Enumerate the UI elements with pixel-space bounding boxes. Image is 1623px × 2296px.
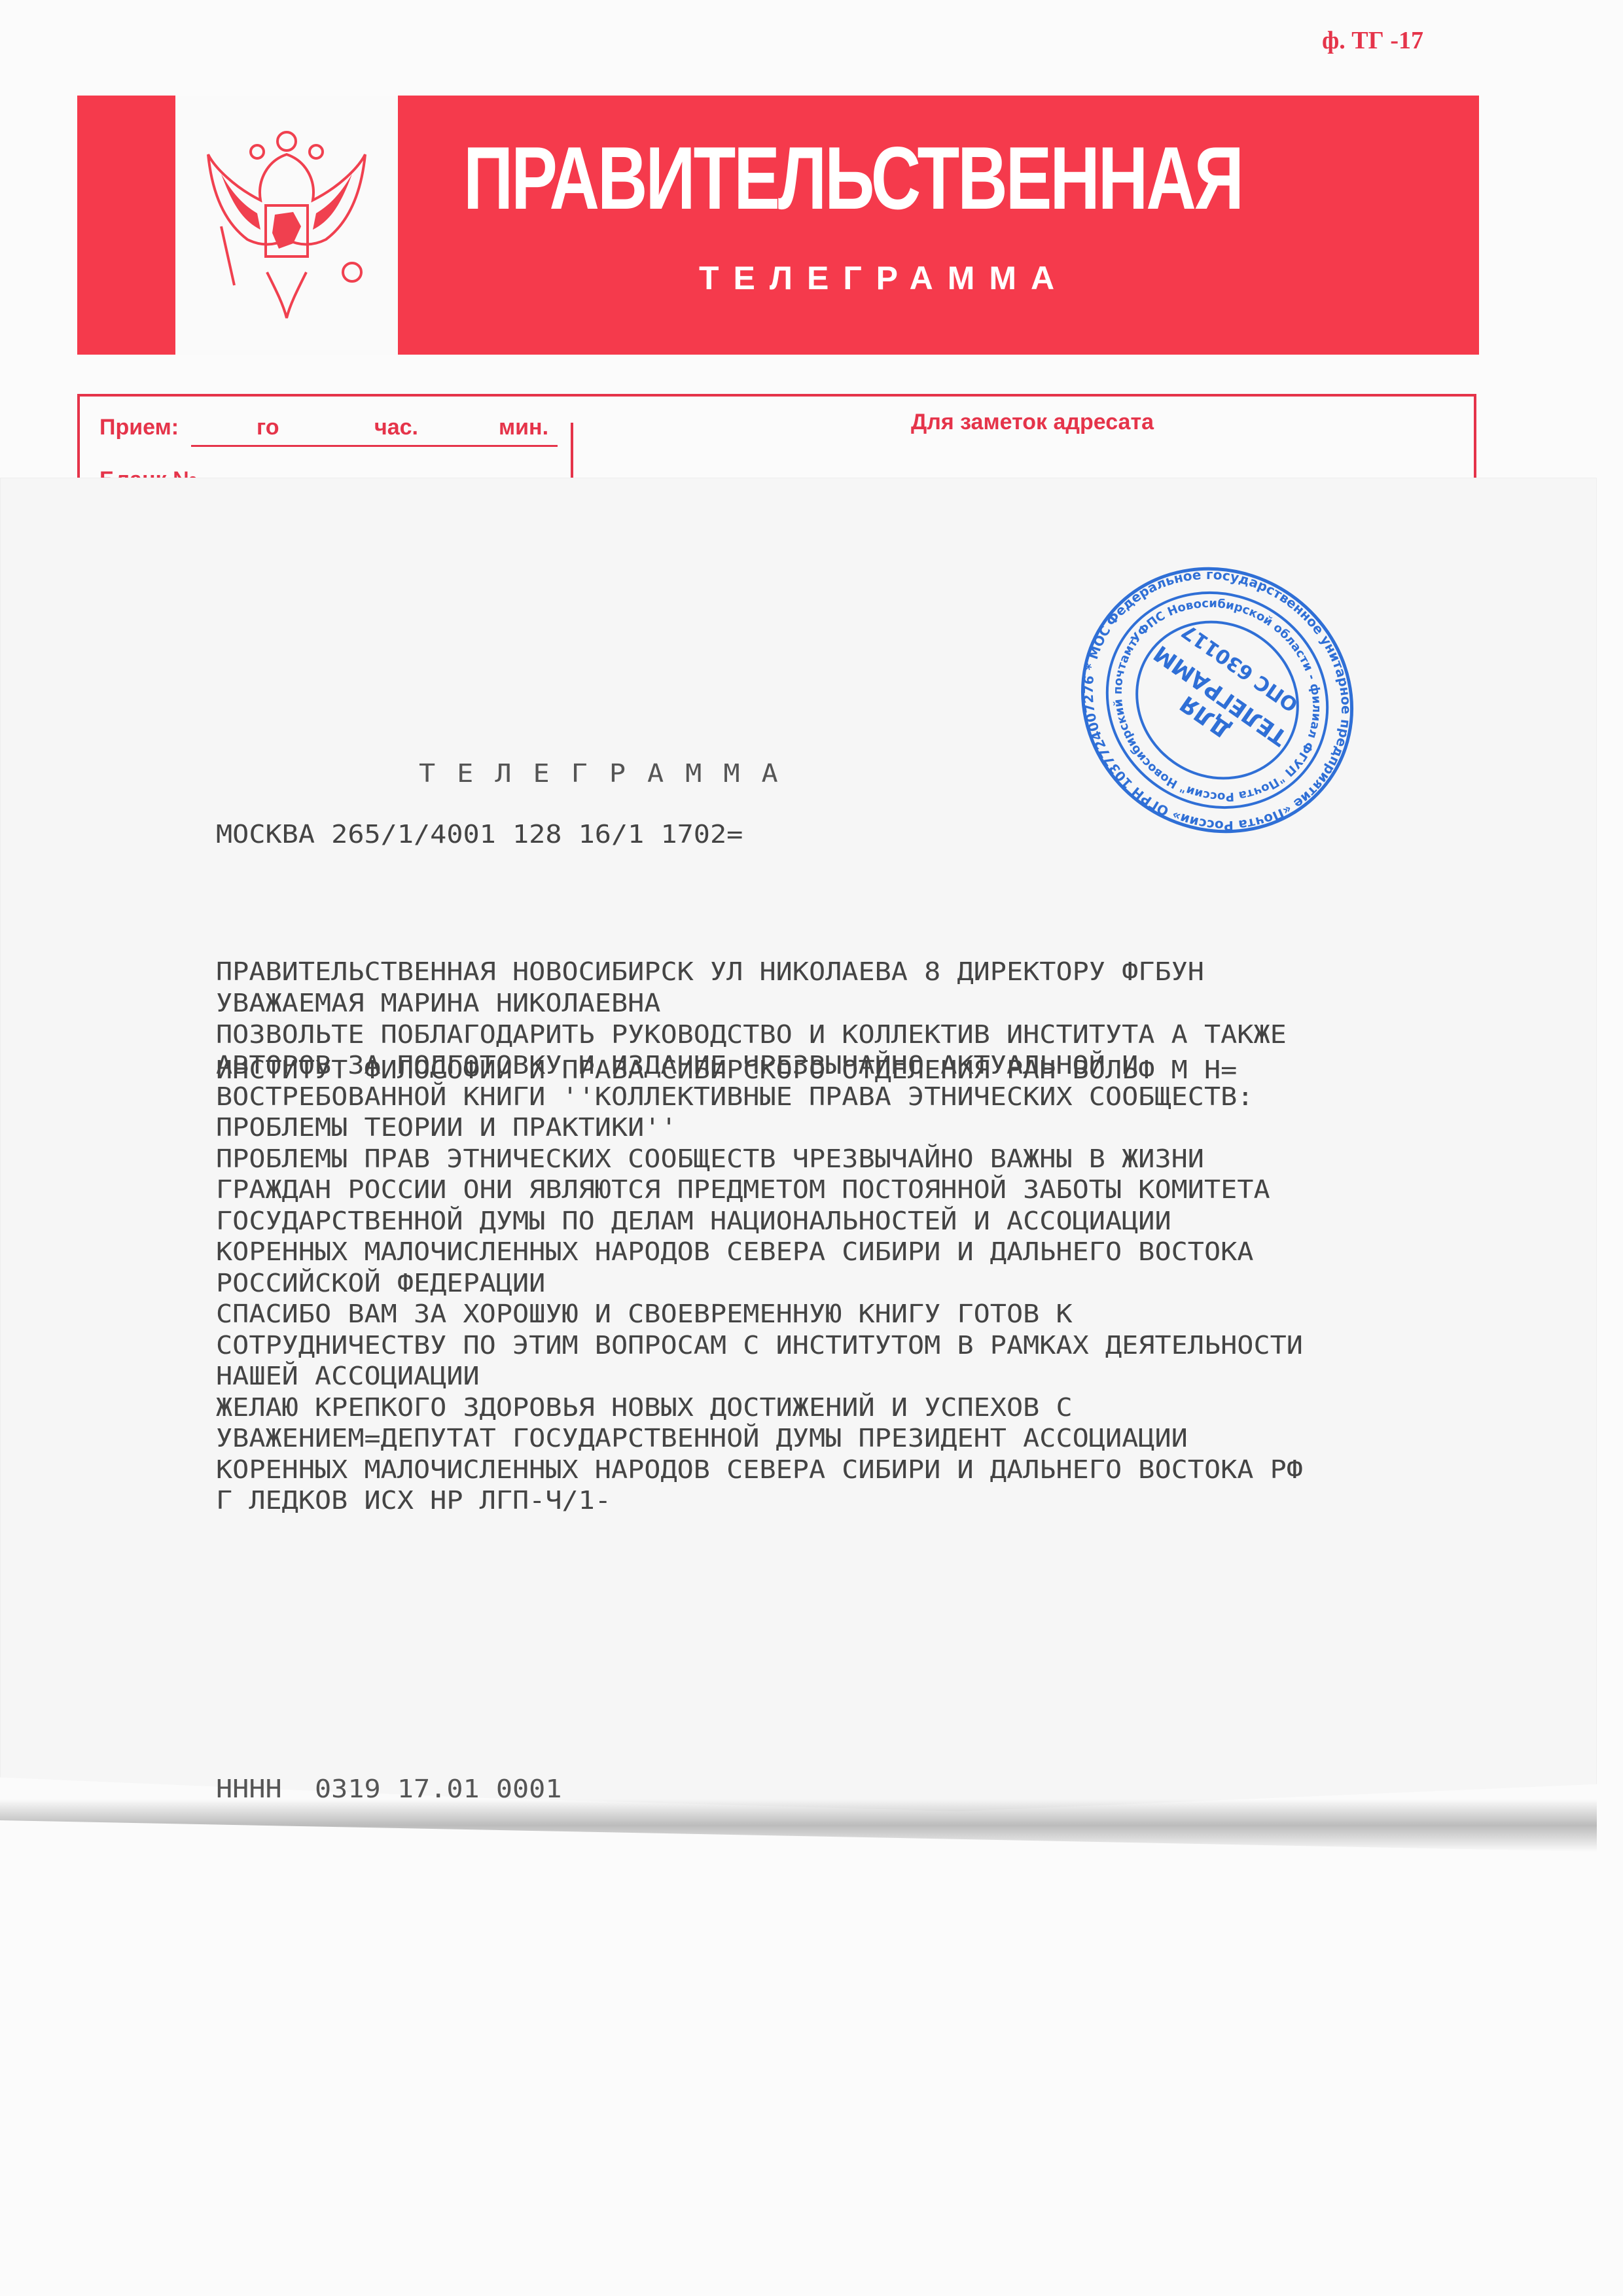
body-line: ПРОБЛЕМЫ ПРАВ ЭТНИЧЕСКИХ СООБЩЕСТВ ЧРЕЗВ… [216,1144,1303,1175]
body-line: КОРЕННЫХ МАЛОЧИСЛЕННЫХ НАРОДОВ СЕВЕРА СИ… [216,1237,1303,1268]
body-line: ЖЕЛАЮ КРЕПКОГО ЗДОРОВЬЯ НОВЫХ ДОСТИЖЕНИЙ… [216,1392,1303,1424]
body-line: АВТОРОВ ЗА ПОДГОТОВКУ И ИЗДАНИЕ ЧРЕЗВЫЧА… [216,1050,1303,1082]
government-telegram-banner: ПРАВИТЕЛЬСТВЕННАЯ ТЕЛЕГРАММА [77,96,1479,355]
telegram-service-line: НННН 0319 17.01 0001 [216,1775,562,1803]
body-line: ПРОБЛЕМЫ ТЕОРИИ И ПРАКТИКИ'' [216,1112,1303,1144]
reception-label: Прием: [99,415,179,440]
banner-subtitle: ТЕЛЕГРАММА [699,259,1069,297]
reception-unit-minutes: мин. [499,415,548,440]
russian-coat-of-arms-icon [195,128,378,325]
body-line: Г ЛЕДКОВ ИСХ НР ЛГП-Ч/1- [216,1485,1303,1517]
body-line: КОРЕННЫХ МАЛОЧИСЛЕННЫХ НАРОДОВ СЕВЕРА СИ… [216,1455,1303,1486]
body-line: СПАСИБО ВАМ ЗА ХОРОШУЮ И СВОЕВРЕМЕННУЮ К… [216,1299,1303,1330]
post-office-stamp: Федеральное государственное унитарное пр… [1060,556,1374,844]
reception-unit-go: го [257,415,279,440]
body-line: СОТРУДНИЧЕСТВУ ПО ЭТИМ ВОПРОСАМ С ИНСТИТ… [216,1330,1303,1362]
body-line: ГОСУДАРСТВЕННОЙ ДУМЫ ПО ДЕЛАМ НАЦИОНАЛЬН… [216,1206,1303,1237]
body-line: УВАЖАЕМАЯ МАРИНА НИКОЛАЕВНА [216,988,1303,1019]
reception-underline [191,445,558,447]
form-code: ф. ТГ -17 [1322,26,1423,55]
address-line: ПРАВИТЕЛЬСТВЕННАЯ НОВОСИБИРСК УЛ НИКОЛАЕ… [216,955,1237,988]
emblem-panel [175,96,398,355]
body-line: УВАЖЕНИЕМ=ДЕПУТАТ ГОСУДАРСТВЕННОЙ ДУМЫ П… [216,1423,1303,1455]
body-line: ГРАЖДАН РОССИИ ОНИ ЯВЛЯЮТСЯ ПРЕДМЕТОМ ПО… [216,1174,1303,1206]
tape-torn-edge [0,1799,1597,1852]
body-line: НАШЕЙ АССОЦИАЦИИ [216,1361,1303,1392]
banner-title: ПРАВИТЕЛЬСТВЕННАЯ [463,127,1242,229]
telegram-body: УВАЖАЕМАЯ МАРИНА НИКОЛАЕВНАПОЗВОЛЬТЕ ПОБ… [216,988,1303,1517]
body-line: ПОЗВОЛЬТЕ ПОБЛАГОДАРИТЬ РУКОВОДСТВО И КО… [216,1019,1303,1051]
telegram-header-line: МОСКВА 265/1/4001 128 16/1 1702= [216,820,743,849]
body-line: ВОСТРЕБОВАННОЙ КНИГИ ''КОЛЛЕКТИВНЫЕ ПРАВ… [216,1082,1303,1113]
reception-unit-hours: час. [374,415,418,440]
notes-label: Для заметок адресата [911,410,1154,435]
body-line: РОССИЙСКОЙ ФЕДЕРАЦИИ [216,1268,1303,1299]
telegram-heading: ТЕЛЕГРАММА [419,759,800,788]
